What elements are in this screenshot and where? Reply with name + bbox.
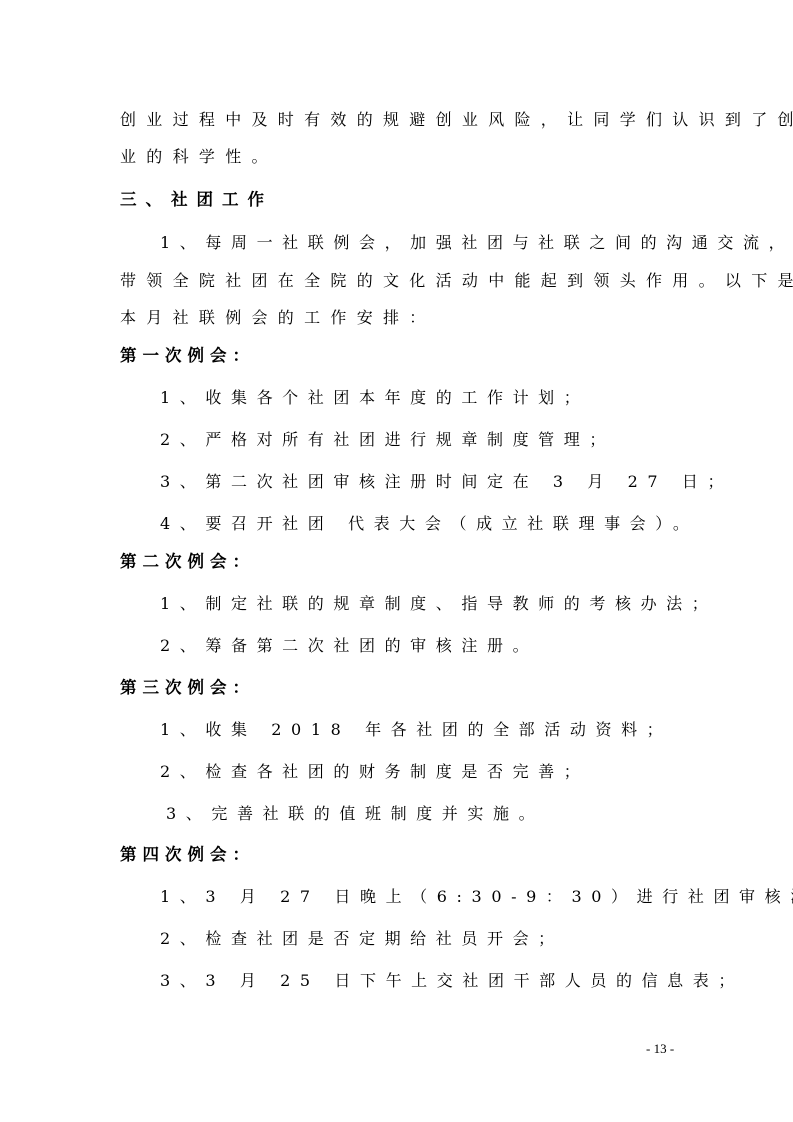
list-item: 1、制定社联的规章制度、指导教师的考核办法； [160,589,717,619]
document-page: 创业过程中及时有效的规避创业风险，让同学们认识到了创 业的科学性。 三、社团工作… [0,0,793,1122]
page-number: - 13 - [646,1041,674,1057]
list-item: 1、3 月 27 日晚上（6:30-9：30）进行社团审核注册； [160,882,793,912]
list-item: 1、收集 2018 年各社团的全部活动资料； [160,715,672,745]
list-item: 2、检查各社团的财务制度是否完善； [160,757,589,787]
list-item: 2、筹备第二次社团的审核注册。 [160,631,538,661]
list-item: 3、3 月 25 日下午上交社团干部人员的信息表； [160,966,744,996]
list-item: 1、收集各个社团本年度的工作计划； [160,383,589,413]
meeting-heading-third: 第三次例会： [120,673,255,703]
list-item: 3、完善社联的值班制度并实施。 [166,799,544,829]
meeting-heading-first: 第一次例会： [120,341,255,371]
body-paragraph-line: 带领全院社团在全院的文化活动中能起到领头作用。以下是 [120,266,793,296]
body-paragraph-line: 1、每周一社联例会，加强社团与社联之间的沟通交流， [160,228,793,258]
meeting-heading-second: 第二次例会： [120,547,255,577]
body-paragraph-line: 创业过程中及时有效的规避创业风险，让同学们认识到了创 [120,105,793,135]
body-paragraph-line: 业的科学性。 [120,142,278,172]
list-item: 4、要召开社团 代表大会（成立社联理事会）。 [160,509,698,539]
section-heading: 三、社团工作 [120,185,273,215]
body-paragraph-line: 本月社联例会的工作安排： [120,303,436,333]
list-item: 2、严格对所有社团进行规章制度管理； [160,425,615,455]
list-item: 2、检查社团是否定期给社员开会； [160,924,564,954]
meeting-heading-fourth: 第四次例会： [120,840,255,870]
list-item: 3、第二次社团审核注册时间定在 3 月 27 日； [160,467,733,497]
